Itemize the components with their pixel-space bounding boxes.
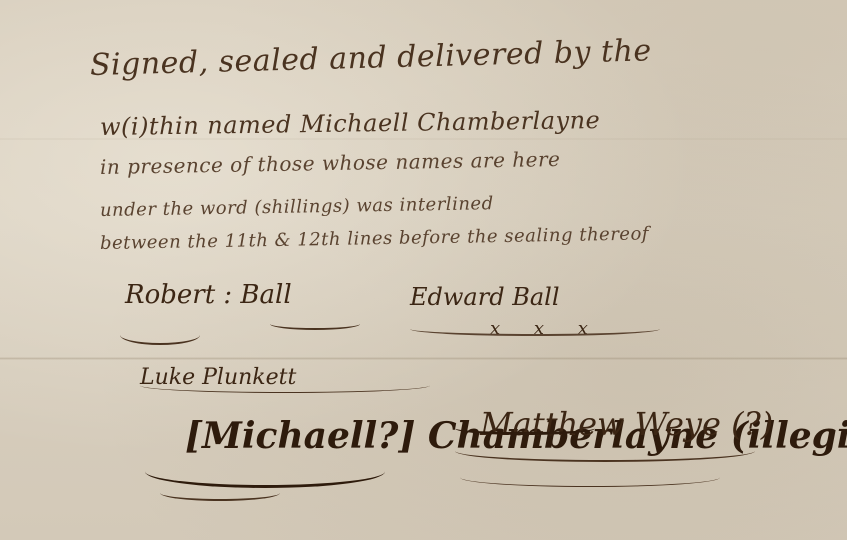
signature-underline [140, 378, 430, 393]
signature-flourish [455, 422, 595, 435]
signature-flourish [460, 468, 720, 487]
signature-flourish [410, 322, 660, 336]
signature-flourish [270, 318, 360, 330]
paper-fold [0, 357, 847, 360]
attestation-line-1: Signed, sealed and delivered by the [90, 33, 653, 83]
manuscript-page: Signed, sealed and delivered by the w(i)… [0, 0, 847, 540]
attestation-line-2: w(i)thin named Michaell Chamberlayne [100, 106, 601, 141]
attestation-line-4: under the word (shillings) was interline… [100, 193, 494, 221]
signature-edward-ball: Edward Ball [410, 283, 560, 311]
signature-flourish [120, 325, 200, 345]
attestation-line-3: in presence of those whose names are her… [100, 147, 561, 179]
signature-flourish [455, 440, 755, 462]
signature-robert-ball: Robert : Ball [125, 280, 292, 310]
signature-flourish [160, 485, 280, 501]
signature-flourish [145, 455, 385, 488]
attestation-line-5: between the 11th & 12th lines before the… [100, 223, 649, 254]
